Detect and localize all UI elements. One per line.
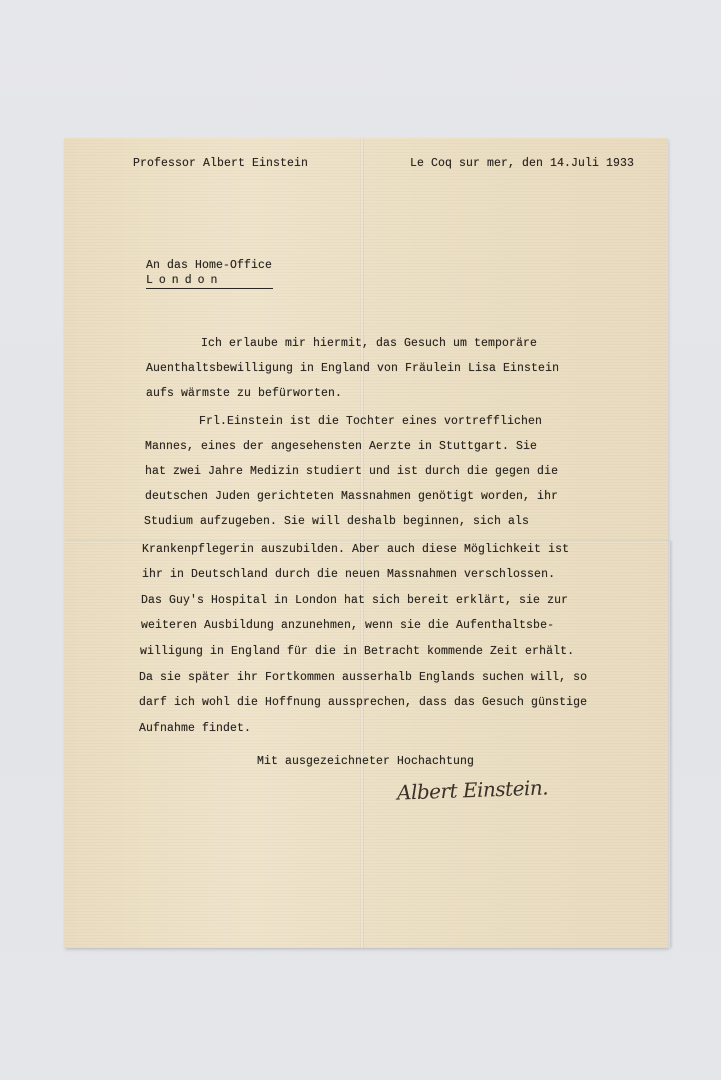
- body-line: Mannes, eines der angesehensten Aerzte i…: [145, 440, 537, 453]
- body-line: Frl.Einstein ist die Tochter eines vortr…: [199, 415, 542, 428]
- handwritten-signature: Albert Einstein.: [397, 775, 549, 804]
- body-line: darf ich wohl die Hoffnung aussprechen, …: [139, 696, 587, 709]
- recipient-address: An das Home-Office London: [146, 258, 273, 289]
- body-line: Aufnahme findet.: [139, 722, 251, 735]
- body-line: ihr in Deutschland durch die neuen Massn…: [142, 568, 555, 581]
- body-line: Ich erlaube mir hiermit, das Gesuch um t…: [201, 337, 537, 350]
- closing-salutation: Mit ausgezeichneter Hochachtung: [257, 755, 474, 768]
- body-line: willigung in England für die in Betracht…: [140, 645, 574, 658]
- body-line: aufs wärmste zu befürworten.: [146, 387, 342, 400]
- body-line: weiteren Ausbildung anzunehmen, wenn sie…: [141, 619, 554, 632]
- body-line: Studium aufzugeben. Sie will deshalb beg…: [144, 515, 529, 528]
- body-line: Auenthaltsbewilligung in England von Frä…: [146, 362, 559, 375]
- body-line: Da sie später ihr Fortkommen ausserhalb …: [139, 671, 587, 684]
- body-line: hat zwei Jahre Medizin studiert und ist …: [145, 465, 558, 478]
- recipient-city: London: [146, 273, 273, 289]
- place-and-date: Le Coq sur mer, den 14.Juli 1933: [410, 157, 634, 170]
- sender-name: Professor Albert Einstein: [133, 157, 308, 170]
- recipient-line-1: An das Home-Office: [146, 258, 273, 273]
- body-line: deutschen Juden gerichteten Massnahmen g…: [145, 490, 558, 503]
- letter-paper: Professor Albert Einstein Le Coq sur mer…: [64, 138, 668, 948]
- body-line: Krankenpflegerin auszubilden. Aber auch …: [142, 543, 569, 556]
- body-line: Das Guy's Hospital in London hat sich be…: [141, 594, 568, 607]
